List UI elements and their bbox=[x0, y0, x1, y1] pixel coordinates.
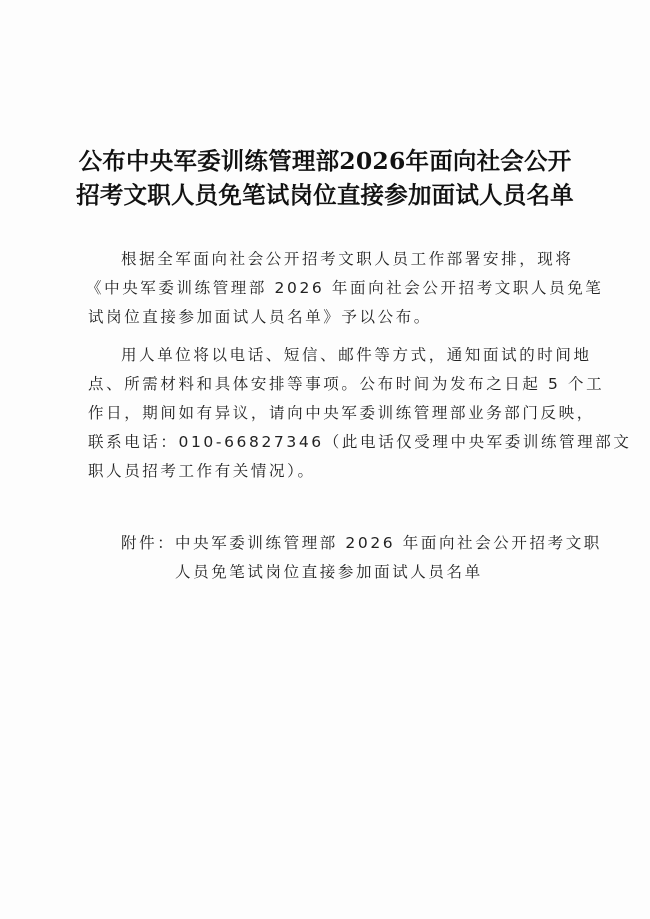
document-title-line-1: 公布中央军委训练管理部2026年面向社会公开 bbox=[0, 144, 650, 178]
paragraph-1-line-1: 根据全军面向社会公开招考文职人员工作部署安排，现将 bbox=[121, 245, 574, 274]
paragraph-2-line-4-contact: 联系电话：010-66827346（此电话仅受理中央军委训练管理部文 bbox=[88, 428, 631, 457]
paragraph-1-line-2: 《中央军委训练管理部 2026 年面向社会公开招考文职人员免笔 bbox=[86, 274, 603, 303]
paragraph-2-line-3: 作日，期间如有异议，请向中央军委训练管理部业务部门反映， bbox=[88, 399, 595, 428]
paragraph-2-line-1: 用人单位将以电话、短信、邮件等方式，通知面试的时间地 bbox=[121, 341, 592, 370]
document-page: 公布中央军委训练管理部2026年面向社会公开 招考文职人员免笔试岗位直接参加面试… bbox=[0, 0, 650, 919]
attachment-line-2: 人员免笔试岗位直接参加面试人员名单 bbox=[175, 558, 483, 587]
paragraph-2-line-5: 职人员招考工作有关情况）。 bbox=[88, 457, 316, 486]
paragraph-1-line-3: 试岗位直接参加面试人员名单》予以公布。 bbox=[88, 303, 432, 332]
attachment-label: 附件： bbox=[121, 529, 175, 558]
attachment-line-1: 中央军委训练管理部 2026 年面向社会公开招考文职 bbox=[175, 529, 602, 558]
paragraph-2-line-2: 点、所需材料和具体安排等事项。公布时间为发布之日起 5 个工 bbox=[88, 370, 604, 399]
document-title-line-2: 招考文职人员免笔试岗位直接参加面试人员名单 bbox=[0, 178, 650, 212]
